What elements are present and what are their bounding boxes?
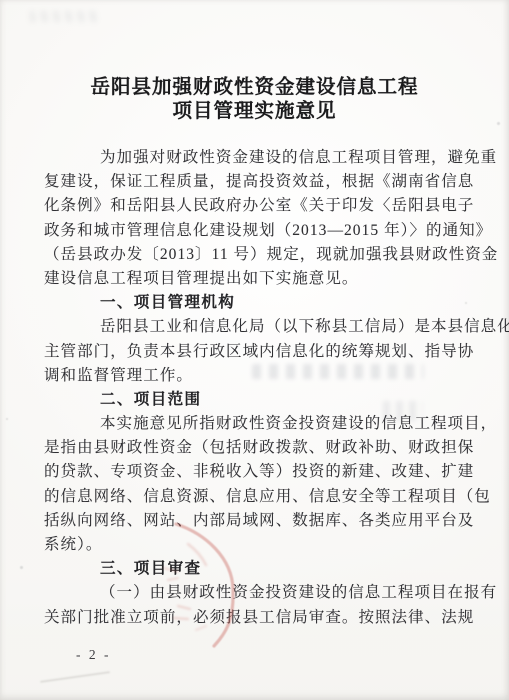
ink-bleedthrough-smudge (383, 401, 423, 421)
paragraph-line: 主管部门，负责本县行政区域内信息化的统筹规划、指导协 (44, 340, 481, 364)
ink-bleedthrough-smudge (30, 11, 100, 22)
scan-speck (20, 566, 23, 569)
paragraph-line: 建设信息工程项目管理提出如下实施意见。 (44, 267, 481, 291)
paragraph-line: （岳县政办发〔2013〕11 号）规定，现就加强我县财政性资金 (44, 243, 481, 267)
document-body: 为加强对财政性资金建设的信息工程项目管理，避免重 复建设，保证工程质量，提高投资… (44, 146, 481, 630)
paragraph-line: 复建设，保证工程质量，提高投资效益，根据《湖南省信息 (44, 170, 481, 194)
paragraph-line: 化条例》和岳阳县人民政府办公室《关于印发〈岳阳县电子 (44, 194, 481, 218)
scan-scratch-mark (40, 671, 110, 682)
document-title: 岳阳县加强财政性资金建设信息工程 项目管理实施意见 (0, 76, 509, 123)
section-heading-1: 一、项目管理机构 (44, 291, 481, 315)
paragraph-line: 的信息网络、信息资源、信息应用、信息安全等工程项目（包 (44, 485, 481, 509)
scan-speck (465, 302, 467, 304)
paragraph-line: 系统）。 (44, 533, 481, 557)
document-title-line-2: 项目管理实施意见 (0, 100, 509, 124)
paragraph-line: 岳阳县工业和信息化局（以下称县工信局）是本县信息化 (44, 315, 481, 339)
paragraph-line: 为加强对财政性资金建设的信息工程项目管理，避免重 (44, 146, 481, 170)
page-number: - 2 - (76, 647, 111, 663)
ink-bleedthrough-smudge (252, 364, 424, 379)
scan-speck (6, 418, 8, 420)
paragraph-line: 政务和城市管理信息化建设规划（2013—2015 年）〉的通知》 (44, 219, 481, 243)
paragraph-line: 是指由县财政性资金（包括财政拨款、财政补助、财政担保 (44, 436, 481, 460)
scan-speck (497, 122, 500, 125)
scanned-document-page: 岳阳县加强财政性资金建设信息工程 项目管理实施意见 为加强对财政性资金建设的信息… (0, 0, 509, 700)
paragraph-line: 括纵向网络、网站、内部局域网、数据库、各类应用平台及 (44, 509, 481, 533)
paragraph-line: （一）由县财政性资金投资建设的信息工程项目在报有 (44, 581, 481, 605)
section-heading-3: 三、项目审查 (44, 557, 481, 581)
document-title-line-1: 岳阳县加强财政性资金建设信息工程 (0, 76, 509, 100)
paragraph-line: 关部门批准立项前，必须报县工信局审查。按照法律、法规 (44, 606, 481, 630)
paragraph-line: 的贷款、专项资金、非税收入等）投资的新建、改建、扩建 (44, 460, 481, 484)
